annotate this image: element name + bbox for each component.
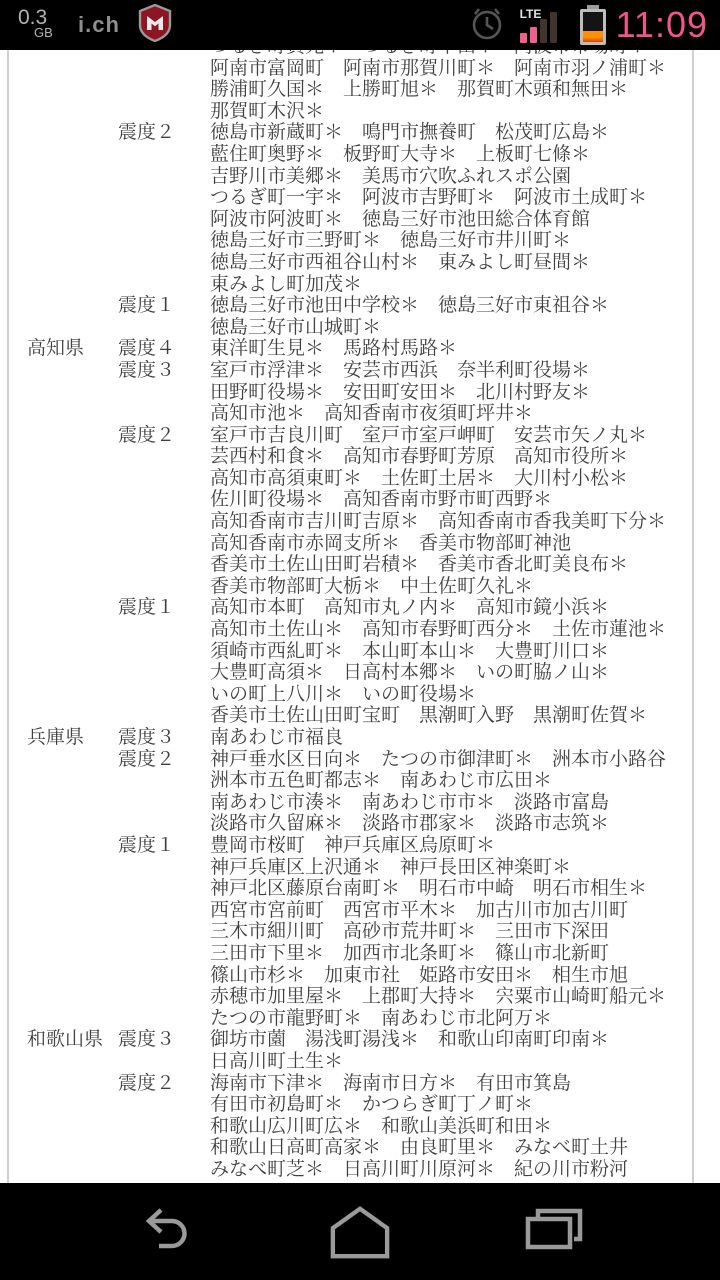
prefecture-label xyxy=(0,252,118,274)
report-row: 須崎市西糺町＊ 本山町本山＊ 大豊町川口＊ xyxy=(0,641,720,663)
prefecture-label xyxy=(0,446,118,468)
status-bar: 0.3 GB i.ch xyxy=(0,0,720,50)
intensity-label: 震度１ xyxy=(118,835,210,857)
quake-intensity-page[interactable]: つるぎ町貞光＊ つるぎ町半田＊ 阿波市市場町＊阿南市富岡町 阿南市那賀川町＊ 阿… xyxy=(0,50,720,1183)
intensity-label xyxy=(118,382,210,404)
intensity-label xyxy=(118,943,210,965)
intensity-label xyxy=(118,1137,210,1159)
report-row: 日高川町土生＊ xyxy=(0,1051,720,1073)
report-row: 藍住町奥野＊ 板野町大寺＊ 上板町七條＊ xyxy=(0,144,720,166)
prefecture-label: 高知県 xyxy=(0,338,118,360)
intensity-label xyxy=(118,641,210,663)
back-button[interactable] xyxy=(135,1201,197,1263)
prefecture-label xyxy=(0,122,118,144)
prefecture-label: 和歌山県 xyxy=(0,1029,118,1051)
alarm-clock-icon xyxy=(468,4,506,47)
intensity-label xyxy=(118,468,210,490)
report-row: 吉野川市美郷＊ 美馬市穴吹ふれスポ公園 xyxy=(0,166,720,188)
prefecture-label xyxy=(0,900,118,922)
observation-points: 香美市土佐山田町宝町 黒潮町入野 黒潮町佐賀＊ xyxy=(210,705,720,727)
observation-points: 豊岡市桜町 神戸兵庫区烏原町＊ xyxy=(210,835,720,857)
report-row: 震度１豊岡市桜町 神戸兵庫区烏原町＊ xyxy=(0,835,720,857)
intensity-label xyxy=(118,511,210,533)
observation-points: 室戸市吉良川町 室戸市室戸岬町 安芸市矢ノ丸＊ xyxy=(210,425,720,447)
report-table: つるぎ町貞光＊ つるぎ町半田＊ 阿波市市場町＊阿南市富岡町 阿南市那賀川町＊ 阿… xyxy=(0,50,720,1180)
report-row: 篠山市杉＊ 加東市社 姫路市安田＊ 相生市旭 xyxy=(0,965,720,987)
observation-points: 御坊市薗 湯浅町湯浅＊ 和歌山印南町印南＊ xyxy=(210,1029,720,1051)
observation-points: 香美市物部町大栃＊ 中土佐町久礼＊ xyxy=(210,576,720,598)
prefecture-label xyxy=(0,1051,118,1073)
report-row: 南あわじ市湊＊ 南あわじ市市＊ 淡路市富島 xyxy=(0,792,720,814)
report-row: 兵庫県震度３南あわじ市福良 xyxy=(0,727,720,749)
report-row: つるぎ町一宇＊ 阿波市吉野町＊ 阿波市土成町＊ xyxy=(0,187,720,209)
report-row: 東みよし町加茂＊ xyxy=(0,274,720,296)
observation-points: 神戸垂水区日向＊ たつの市御津町＊ 洲本市小路谷 xyxy=(210,749,720,771)
intensity-label xyxy=(118,533,210,555)
intensity-label xyxy=(118,489,210,511)
data-usage: 0.3 GB xyxy=(14,0,66,50)
report-row: 高知市土佐山＊ 高知市春野町西分＊ 土佐市蓮池＊ xyxy=(0,619,720,641)
intensity-label: 震度３ xyxy=(118,1029,210,1051)
prefecture-label xyxy=(0,965,118,987)
observation-points: 神戸兵庫区上沢通＊ 神戸長田区神楽町＊ xyxy=(210,857,720,879)
intensity-label xyxy=(118,209,210,231)
prefecture-label xyxy=(0,943,118,965)
prefecture-label xyxy=(0,230,118,252)
observation-points: 徳島三好市西祖谷山村＊ 東みよし町昼間＊ xyxy=(210,252,720,274)
intensity-label xyxy=(118,813,210,835)
status-clock: 11:09 xyxy=(616,4,712,46)
observation-points: 那賀町木沢＊ xyxy=(210,101,720,123)
recents-button[interactable] xyxy=(523,1201,585,1263)
intensity-label xyxy=(118,554,210,576)
observation-points: 東洋町生見＊ 馬路村馬路＊ xyxy=(210,338,720,360)
intensity-label xyxy=(118,684,210,706)
prefecture-label xyxy=(0,166,118,188)
prefecture-label xyxy=(0,576,118,598)
report-row: 西宮市宮前町 西宮市平木＊ 加古川市加古川町 xyxy=(0,900,720,922)
recents-icon xyxy=(524,1204,584,1260)
intensity-label xyxy=(118,900,210,922)
observation-points: 阿波市阿波町＊ 徳島三好市池田総合体育館 xyxy=(210,209,720,231)
report-row: 徳島三好市山城町＊ xyxy=(0,317,720,339)
report-row: いの町上八川＊ いの町役場＊ xyxy=(0,684,720,706)
intensity-label xyxy=(118,1051,210,1073)
report-row: 神戸兵庫区上沢通＊ 神戸長田区神楽町＊ xyxy=(0,857,720,879)
back-icon xyxy=(136,1204,196,1260)
observation-points: 赤穂市加里屋＊ 上郡町大持＊ 宍粟市山崎町船元＊ xyxy=(210,986,720,1008)
report-row: みなべ町芝＊ 日高川町川原河＊ 紀の川市粉河 xyxy=(0,1159,720,1181)
prefecture-label xyxy=(0,857,118,879)
observation-points: 徳島三好市山城町＊ xyxy=(210,317,720,339)
report-row: 神戸北区藤原台南町＊ 明石市中崎 明石市相生＊ xyxy=(0,878,720,900)
prefecture-label xyxy=(0,1094,118,1116)
home-icon xyxy=(329,1204,391,1260)
phone-screen: 0.3 GB i.ch xyxy=(0,0,720,1280)
observation-points: 和歌山広川町広＊ 和歌山美浜町和田＊ xyxy=(210,1116,720,1138)
prefecture-label xyxy=(0,403,118,425)
report-row: 震度２徳島市新蔵町＊ 鳴門市撫養町 松茂町広島＊ xyxy=(0,122,720,144)
intensity-label xyxy=(118,166,210,188)
intensity-label xyxy=(118,965,210,987)
prefecture-label xyxy=(0,835,118,857)
intensity-label xyxy=(118,403,210,425)
report-row: 淡路市久留麻＊ 淡路市郡家＊ 淡路市志筑＊ xyxy=(0,813,720,835)
intensity-label xyxy=(118,144,210,166)
intensity-label xyxy=(118,878,210,900)
prefecture-label xyxy=(0,317,118,339)
report-row: 震度２神戸垂水区日向＊ たつの市御津町＊ 洲本市小路谷 xyxy=(0,749,720,771)
report-row: 赤穂市加里屋＊ 上郡町大持＊ 宍粟市山崎町船元＊ xyxy=(0,986,720,1008)
report-row: 阿南市富岡町 阿南市那賀川町＊ 阿南市羽ノ浦町＊ xyxy=(0,58,720,80)
report-row: 高知県震度４東洋町生見＊ 馬路村馬路＊ xyxy=(0,338,720,360)
prefecture-label xyxy=(0,878,118,900)
report-row: 佐川町役場＊ 高知香南市野市町西野＊ xyxy=(0,489,720,511)
intensity-label xyxy=(118,986,210,1008)
intensity-label xyxy=(118,619,210,641)
prefecture-label xyxy=(0,209,118,231)
signal-bars-icon: LTE xyxy=(520,5,572,45)
status-bar-left: 0.3 GB i.ch xyxy=(14,0,172,50)
prefecture-label xyxy=(0,1137,118,1159)
intensity-label xyxy=(118,50,210,58)
prefecture-label xyxy=(0,705,118,727)
intensity-label xyxy=(118,1159,210,1181)
report-row: 震度１高知市本町 高知市丸ノ内＊ 高知市鏡小浜＊ xyxy=(0,597,720,619)
observation-points: 東みよし町加茂＊ xyxy=(210,274,720,296)
prefecture-label xyxy=(0,684,118,706)
prefecture-label xyxy=(0,489,118,511)
prefecture-label xyxy=(0,144,118,166)
observation-points: つるぎ町一宇＊ 阿波市吉野町＊ 阿波市土成町＊ xyxy=(210,187,720,209)
intensity-label xyxy=(118,446,210,468)
page-right-border xyxy=(692,50,694,1183)
report-row: 田野町役場＊ 安田町安田＊ 北川村野友＊ xyxy=(0,382,720,404)
report-row: 徳島三好市三野町＊ 徳島三好市井川町＊ xyxy=(0,230,720,252)
prefecture-label xyxy=(0,79,118,101)
report-row: 震度２室戸市吉良川町 室戸市室戸岬町 安芸市矢ノ丸＊ xyxy=(0,425,720,447)
report-row: 阿波市阿波町＊ 徳島三好市池田総合体育館 xyxy=(0,209,720,231)
report-row: 三木市細川町 高砂市荒井町＊ 三田市下深田 xyxy=(0,921,720,943)
intensity-label: 震度２ xyxy=(118,749,210,771)
report-row: 有田市初島町＊ かつらぎ町丁ノ町＊ xyxy=(0,1094,720,1116)
report-row: 徳島三好市西祖谷山村＊ 東みよし町昼間＊ xyxy=(0,252,720,274)
prefecture-label xyxy=(0,533,118,555)
intensity-label xyxy=(118,921,210,943)
prefecture-label xyxy=(0,641,118,663)
observation-points: 三田市下里＊ 加西市北条町＊ 篠山市北新町 xyxy=(210,943,720,965)
observation-points: 高知香南市赤岡支所＊ 香美市物部町神池 xyxy=(210,533,720,555)
battery-low-icon xyxy=(580,5,606,45)
observation-points: 南あわじ市湊＊ 南あわじ市市＊ 淡路市富島 xyxy=(210,792,720,814)
intensity-label xyxy=(118,101,210,123)
prefecture-label xyxy=(0,619,118,641)
report-row: 和歌山日高町高家＊ 由良町里＊ みなべ町土井 xyxy=(0,1137,720,1159)
intensity-label xyxy=(118,1094,210,1116)
intensity-label xyxy=(118,576,210,598)
observation-points: 香美市土佐山田町岩積＊ 香美市香北町美良布＊ xyxy=(210,554,720,576)
observation-points: つるぎ町貞光＊ つるぎ町半田＊ 阿波市市場町＊ xyxy=(210,50,720,58)
intensity-label: 震度３ xyxy=(118,727,210,749)
intensity-label: 震度３ xyxy=(118,360,210,382)
prefecture-label xyxy=(0,360,118,382)
intensity-label xyxy=(118,79,210,101)
report-row: 震度１徳島三好市池田中学校＊ 徳島三好市東祖谷＊ xyxy=(0,295,720,317)
observation-points: 須崎市西糺町＊ 本山町本山＊ 大豊町川口＊ xyxy=(210,641,720,663)
intensity-label: 震度１ xyxy=(118,597,210,619)
status-bar-right: LTE 11:09 xyxy=(468,0,712,50)
prefecture-label xyxy=(0,662,118,684)
observation-points: 洲本市五色町都志＊ 南あわじ市広田＊ xyxy=(210,770,720,792)
observation-points: 阿南市富岡町 阿南市那賀川町＊ 阿南市羽ノ浦町＊ xyxy=(210,58,720,80)
intensity-label xyxy=(118,252,210,274)
observation-points: 室戸市浮津＊ 安芸市西浜 奈半利町役場＊ xyxy=(210,360,720,382)
report-row: 大豊町高須＊ 日高村本郷＊ いの町脇ノ山＊ xyxy=(0,662,720,684)
observation-points: 高知市本町 高知市丸ノ内＊ 高知市鏡小浜＊ xyxy=(210,597,720,619)
report-row: 香美市土佐山田町岩積＊ 香美市香北町美良布＊ xyxy=(0,554,720,576)
observation-points: 大豊町高須＊ 日高村本郷＊ いの町脇ノ山＊ xyxy=(210,662,720,684)
report-row: 芸西村和食＊ 高知市春野町芳原 高知市役所＊ xyxy=(0,446,720,468)
intensity-label xyxy=(118,230,210,252)
prefecture-label xyxy=(0,274,118,296)
observation-points: 和歌山日高町高家＊ 由良町里＊ みなべ町土井 xyxy=(210,1137,720,1159)
report-row: 三田市下里＊ 加西市北条町＊ 篠山市北新町 xyxy=(0,943,720,965)
intensity-label xyxy=(118,274,210,296)
intensity-label xyxy=(118,770,210,792)
prefecture-label xyxy=(0,58,118,80)
prefecture-label xyxy=(0,1159,118,1181)
observation-points: たつの市龍野町＊ 南あわじ市北阿万＊ xyxy=(210,1008,720,1030)
page-left-border xyxy=(7,50,9,1183)
observation-points: 篠山市杉＊ 加東市社 姫路市安田＊ 相生市旭 xyxy=(210,965,720,987)
prefecture-label xyxy=(0,986,118,1008)
intensity-label xyxy=(118,1116,210,1138)
report-row: 香美市土佐山田町宝町 黒潮町入野 黒潮町佐賀＊ xyxy=(0,705,720,727)
observation-points: 芸西村和食＊ 高知市春野町芳原 高知市役所＊ xyxy=(210,446,720,468)
observation-points: 勝浦町久国＊ 上勝町旭＊ 那賀町木頭和無田＊ xyxy=(210,79,720,101)
data-usage-unit: GB xyxy=(34,25,53,40)
report-row: 高知香南市吉川町吉原＊ 高知香南市香我美町下分＊ xyxy=(0,511,720,533)
observation-points: 西宮市宮前町 西宮市平木＊ 加古川市加古川町 xyxy=(210,900,720,922)
observation-points: 三木市細川町 高砂市荒井町＊ 三田市下深田 xyxy=(210,921,720,943)
intensity-label xyxy=(118,317,210,339)
observation-points: いの町上八川＊ いの町役場＊ xyxy=(210,684,720,706)
observation-points: 徳島三好市池田中学校＊ 徳島三好市東祖谷＊ xyxy=(210,295,720,317)
report-row: 洲本市五色町都志＊ 南あわじ市広田＊ xyxy=(0,770,720,792)
report-row: 高知香南市赤岡支所＊ 香美市物部町神池 xyxy=(0,533,720,555)
observation-points: 神戸北区藤原台南町＊ 明石市中崎 明石市相生＊ xyxy=(210,878,720,900)
observation-points: 海南市下津＊ 海南市日方＊ 有田市箕島 xyxy=(210,1073,720,1095)
observation-points: 南あわじ市福良 xyxy=(210,727,720,749)
observation-points: 吉野川市美郷＊ 美馬市穴吹ふれスポ公園 xyxy=(210,166,720,188)
intensity-label xyxy=(118,857,210,879)
observation-points: 高知香南市吉川町吉原＊ 高知香南市香我美町下分＊ xyxy=(210,511,720,533)
intensity-label: 震度２ xyxy=(118,1073,210,1095)
observation-points: 田野町役場＊ 安田町安田＊ 北川村野友＊ xyxy=(210,382,720,404)
report-row: 和歌山広川町広＊ 和歌山美浜町和田＊ xyxy=(0,1116,720,1138)
report-row: 高知市池＊ 高知香南市夜須町坪井＊ xyxy=(0,403,720,425)
observation-points: 高知市土佐山＊ 高知市春野町西分＊ 土佐市蓮池＊ xyxy=(210,619,720,641)
prefecture-label xyxy=(0,1008,118,1030)
prefecture-label xyxy=(0,554,118,576)
observation-points: 高知市池＊ 高知香南市夜須町坪井＊ xyxy=(210,403,720,425)
prefecture-label xyxy=(0,749,118,771)
prefecture-label xyxy=(0,425,118,447)
prefecture-label xyxy=(0,1073,118,1095)
observation-points: 佐川町役場＊ 高知香南市野市町西野＊ xyxy=(210,489,720,511)
report-row: 震度３室戸市浮津＊ 安芸市西浜 奈半利町役場＊ xyxy=(0,360,720,382)
intensity-label xyxy=(118,705,210,727)
report-row: 那賀町木沢＊ xyxy=(0,101,720,123)
carrier-logo: i.ch xyxy=(78,12,120,38)
intensity-label xyxy=(118,58,210,80)
observation-points: 高知市高須東町＊ 土佐町土居＊ 大川村小松＊ xyxy=(210,468,720,490)
intensity-label: 震度２ xyxy=(118,122,210,144)
intensity-label: 震度１ xyxy=(118,295,210,317)
home-button[interactable] xyxy=(329,1201,391,1263)
prefecture-label xyxy=(0,1116,118,1138)
prefecture-label xyxy=(0,187,118,209)
intensity-label xyxy=(118,1008,210,1030)
report-row: つるぎ町貞光＊ つるぎ町半田＊ 阿波市市場町＊ xyxy=(0,50,720,58)
observation-points: 日高川町土生＊ xyxy=(210,1051,720,1073)
report-row: 勝浦町久国＊ 上勝町旭＊ 那賀町木頭和無田＊ xyxy=(0,79,720,101)
observation-points: 徳島三好市三野町＊ 徳島三好市井川町＊ xyxy=(210,230,720,252)
prefecture-label xyxy=(0,792,118,814)
prefecture-label xyxy=(0,813,118,835)
android-nav-bar xyxy=(0,1183,720,1280)
prefecture-label: 兵庫県 xyxy=(0,727,118,749)
prefecture-label xyxy=(0,101,118,123)
report-row: 震度２海南市下津＊ 海南市日方＊ 有田市箕島 xyxy=(0,1073,720,1095)
prefecture-label xyxy=(0,511,118,533)
prefecture-label xyxy=(0,382,118,404)
report-row: 和歌山県震度３御坊市薗 湯浅町湯浅＊ 和歌山印南町印南＊ xyxy=(0,1029,720,1051)
prefecture-label xyxy=(0,597,118,619)
report-row: 高知市高須東町＊ 土佐町土居＊ 大川村小松＊ xyxy=(0,468,720,490)
report-row: たつの市龍野町＊ 南あわじ市北阿万＊ xyxy=(0,1008,720,1030)
observation-points: 徳島市新蔵町＊ 鳴門市撫養町 松茂町広島＊ xyxy=(210,122,720,144)
observation-points: みなべ町芝＊ 日高川町川原河＊ 紀の川市粉河 xyxy=(210,1159,720,1181)
intensity-label: 震度４ xyxy=(118,338,210,360)
intensity-label: 震度２ xyxy=(118,425,210,447)
observation-points: 淡路市久留麻＊ 淡路市郡家＊ 淡路市志筑＊ xyxy=(210,813,720,835)
prefecture-label xyxy=(0,770,118,792)
report-row: 香美市物部町大栃＊ 中土佐町久礼＊ xyxy=(0,576,720,598)
prefecture-label xyxy=(0,468,118,490)
prefecture-label xyxy=(0,50,118,58)
intensity-label xyxy=(118,187,210,209)
prefecture-label xyxy=(0,921,118,943)
intensity-label xyxy=(118,792,210,814)
observation-points: 有田市初島町＊ かつらぎ町丁ノ町＊ xyxy=(210,1094,720,1116)
mcafee-shield-icon xyxy=(138,4,172,47)
prefecture-label xyxy=(0,295,118,317)
intensity-label xyxy=(118,662,210,684)
observation-points: 藍住町奥野＊ 板野町大寺＊ 上板町七條＊ xyxy=(210,144,720,166)
